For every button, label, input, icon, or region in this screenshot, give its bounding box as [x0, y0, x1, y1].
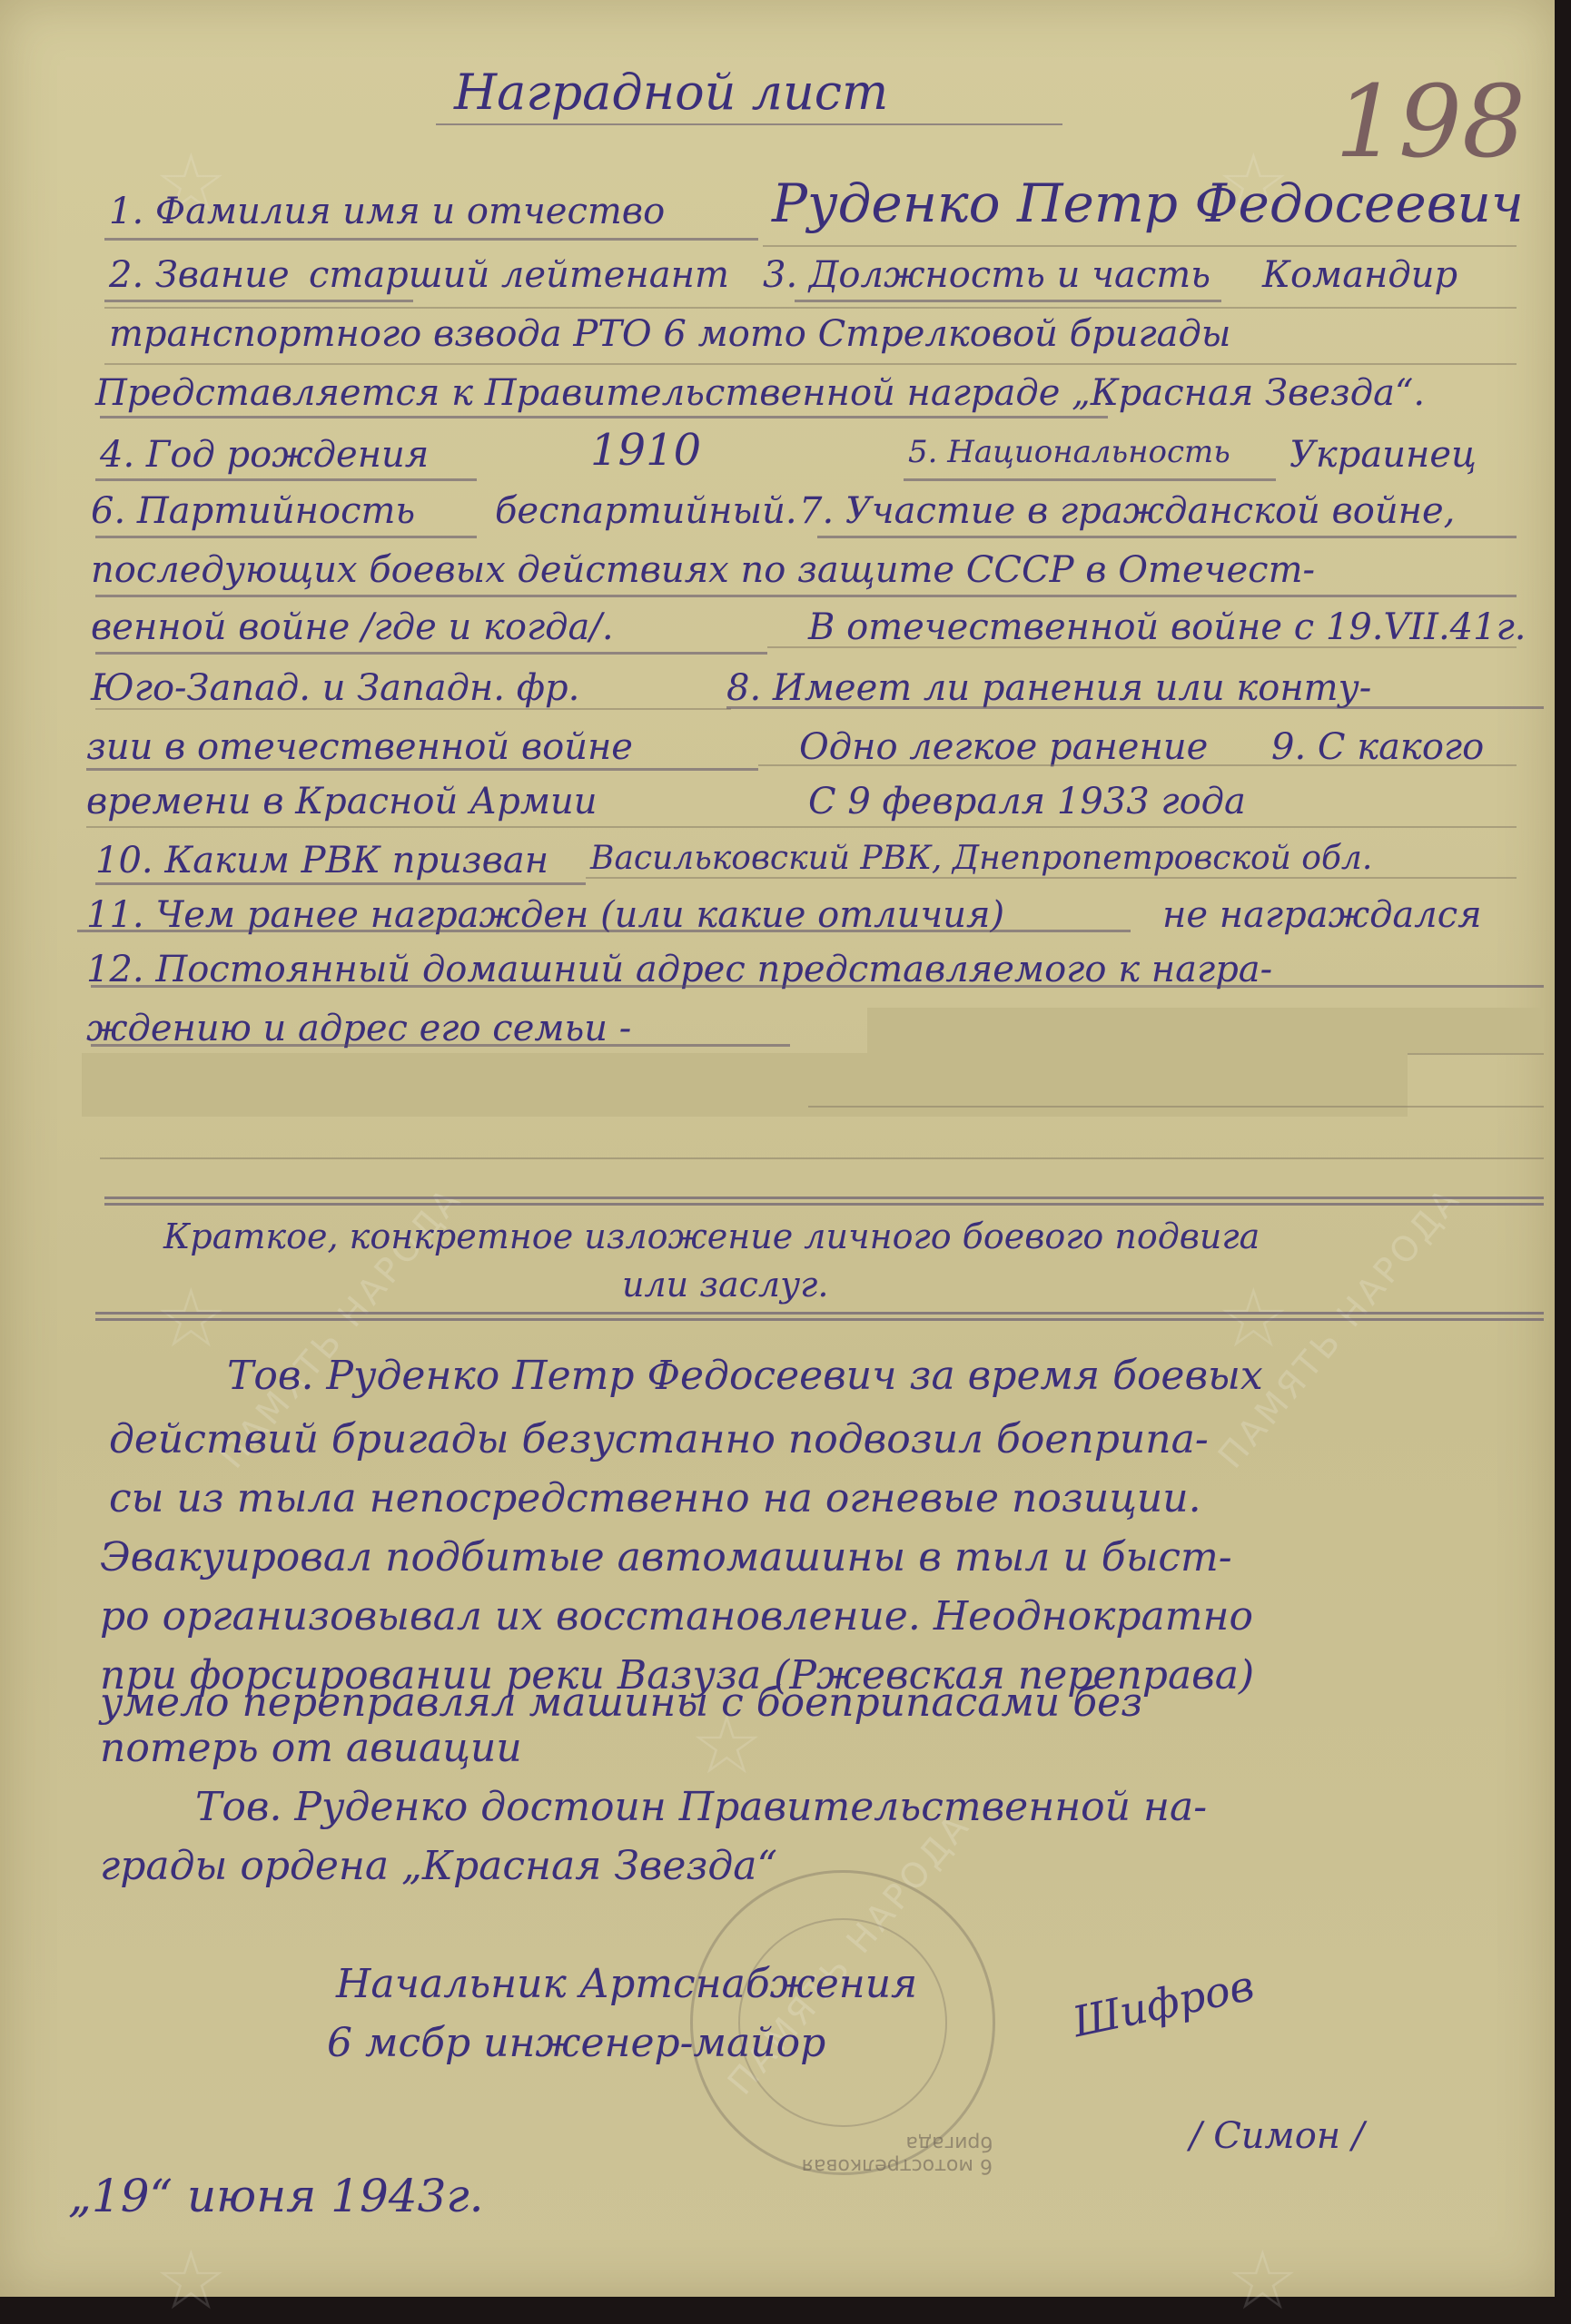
narrative-line: Эвакуировал подбитые автомашины в тыл и … — [100, 1534, 1232, 1581]
field-7-underline — [817, 536, 1517, 538]
field-1-value: Руденко Петр Федосеевич — [772, 172, 1524, 234]
field-11-underline — [77, 930, 1131, 932]
field-12-underline — [91, 1044, 790, 1047]
section-heading: Краткое, конкретное изложение личного бо… — [163, 1216, 1260, 1256]
field-5-label: 5. Национальность — [908, 434, 1230, 470]
field-9-label-line-2: времени в Красной Армии — [86, 781, 598, 822]
section-divider — [104, 1196, 1544, 1199]
narrative-line: действий бригады безустанно подвозил бое… — [109, 1416, 1209, 1462]
redacted-address — [867, 1008, 1544, 1053]
narrative-line: сы из тыла непосредственно на огневые по… — [109, 1475, 1201, 1521]
field-7-underline — [95, 652, 767, 655]
document-title: Наградной лист — [454, 64, 888, 121]
field-7-value-line-1: В отечественной войне с 19.VII.41г. — [808, 606, 1527, 648]
section-heading-cont: или заслуг. — [622, 1265, 828, 1305]
field-8-label-line-2: зии в отечественной войне — [86, 726, 633, 768]
field-5-underline — [904, 478, 1276, 481]
title-underline — [436, 123, 1062, 125]
line — [767, 646, 1517, 648]
field-8-value: Одно легкое ранение — [799, 726, 1208, 768]
document-date: „19“ июня 1943г. — [68, 2170, 484, 2222]
field-3-underline — [795, 300, 1221, 302]
field-6-label: 6. Партийность — [91, 490, 415, 532]
stamp-text: 6 мотострелковая бригада — [775, 2132, 993, 2177]
field-2-underline — [104, 300, 413, 302]
signatory-title: Начальник Артснабжения — [336, 1961, 917, 2007]
field-4-value: 1910 — [590, 425, 701, 476]
field-6-value: беспартийный. — [495, 490, 797, 532]
field-3-value-line-1: Командир — [1262, 254, 1457, 296]
narrative-line: потерь от авиации — [100, 1725, 522, 1771]
narrative-line: ро организовывал их восстановление. Неод… — [100, 1593, 1253, 1640]
field-6-underline — [95, 536, 477, 538]
section-divider — [104, 1203, 1544, 1206]
field-10-underline — [95, 882, 586, 885]
line — [104, 363, 1517, 365]
line — [758, 764, 1517, 766]
line — [86, 826, 1517, 828]
field-2-label: 2. Звание — [109, 254, 290, 296]
nomination-line: Представляется к Правительственной награ… — [95, 372, 1425, 414]
section-divider — [95, 1318, 1544, 1321]
section-divider — [95, 1312, 1544, 1315]
line — [104, 307, 1517, 309]
field-7-label-line-1: 7. Участие в гражданской войне, — [799, 490, 1455, 532]
field-10-label: 10. Каким РВК призван — [95, 840, 548, 881]
field-4-label: 4. Год рождения — [100, 434, 429, 476]
field-7-label-line-2: последующих боевых действиях по защите С… — [91, 549, 1315, 591]
line — [586, 877, 1517, 879]
field-4-underline — [95, 478, 477, 481]
signatory-rank: 6 мсбр инженер-майор — [327, 2020, 825, 2066]
signature-mark: Шифров — [1069, 1961, 1259, 2047]
watermark-star-icon: ☆ — [154, 2233, 228, 2324]
field-3-value-line-2: транспортного взвода РТО 6 мото Стрелков… — [109, 313, 1230, 355]
field-9-value: С 9 февраля 1933 года — [808, 781, 1246, 822]
line — [95, 708, 731, 710]
line — [763, 245, 1517, 247]
field-5-value: Украинец — [1289, 434, 1477, 476]
field-9-label-line-1: 9. С какого — [1271, 726, 1484, 768]
field-7-label-line-3: венной войне /где и когда/. — [91, 606, 614, 648]
field-1-label: 1. Фамилия имя и отчество — [109, 191, 665, 232]
conclusion-line: Тов. Руденко достоин Правительственной н… — [195, 1784, 1207, 1830]
field-11-value: не награждался — [1162, 894, 1482, 936]
narrative-line: умело переправлял машины с боеприпасами … — [100, 1679, 1142, 1726]
field-7-value-line-2: Юго-Запад. и Западн. фр. — [91, 667, 579, 709]
field-2-value: старший лейтенант — [309, 254, 729, 296]
field-3-label: 3. Должность и часть — [763, 254, 1210, 296]
line — [100, 1157, 1544, 1159]
line — [808, 1106, 1544, 1108]
signatory-name: / Симон / — [1190, 2115, 1364, 2157]
field-12-underline — [91, 985, 1544, 988]
field-8-underline — [726, 706, 1544, 709]
conclusion-line: грады ордена „Красная Звезда“ — [100, 1843, 777, 1889]
field-8-underline — [86, 768, 758, 771]
narrative-line: Тов. Руденко Петр Федосеевич за время бо… — [227, 1353, 1263, 1399]
nomination-underline — [100, 416, 1108, 419]
field-7-underline — [95, 595, 1517, 597]
field-10-value: Васильковский РВК, Днепропетровской обл. — [590, 840, 1372, 877]
field-1-underline — [104, 238, 758, 241]
field-8-label-line-1: 8. Имеет ли ранения или конту- — [726, 667, 1371, 709]
watermark-star-icon: ☆ — [1226, 2233, 1299, 2324]
folio-number: 198 — [1335, 64, 1526, 180]
award-sheet: ☆ ☆ ☆ ☆ ☆ ☆ ☆ ПАМЯТЬ НАРОДА ПАМЯТЬ НАРОД… — [0, 0, 1555, 2297]
